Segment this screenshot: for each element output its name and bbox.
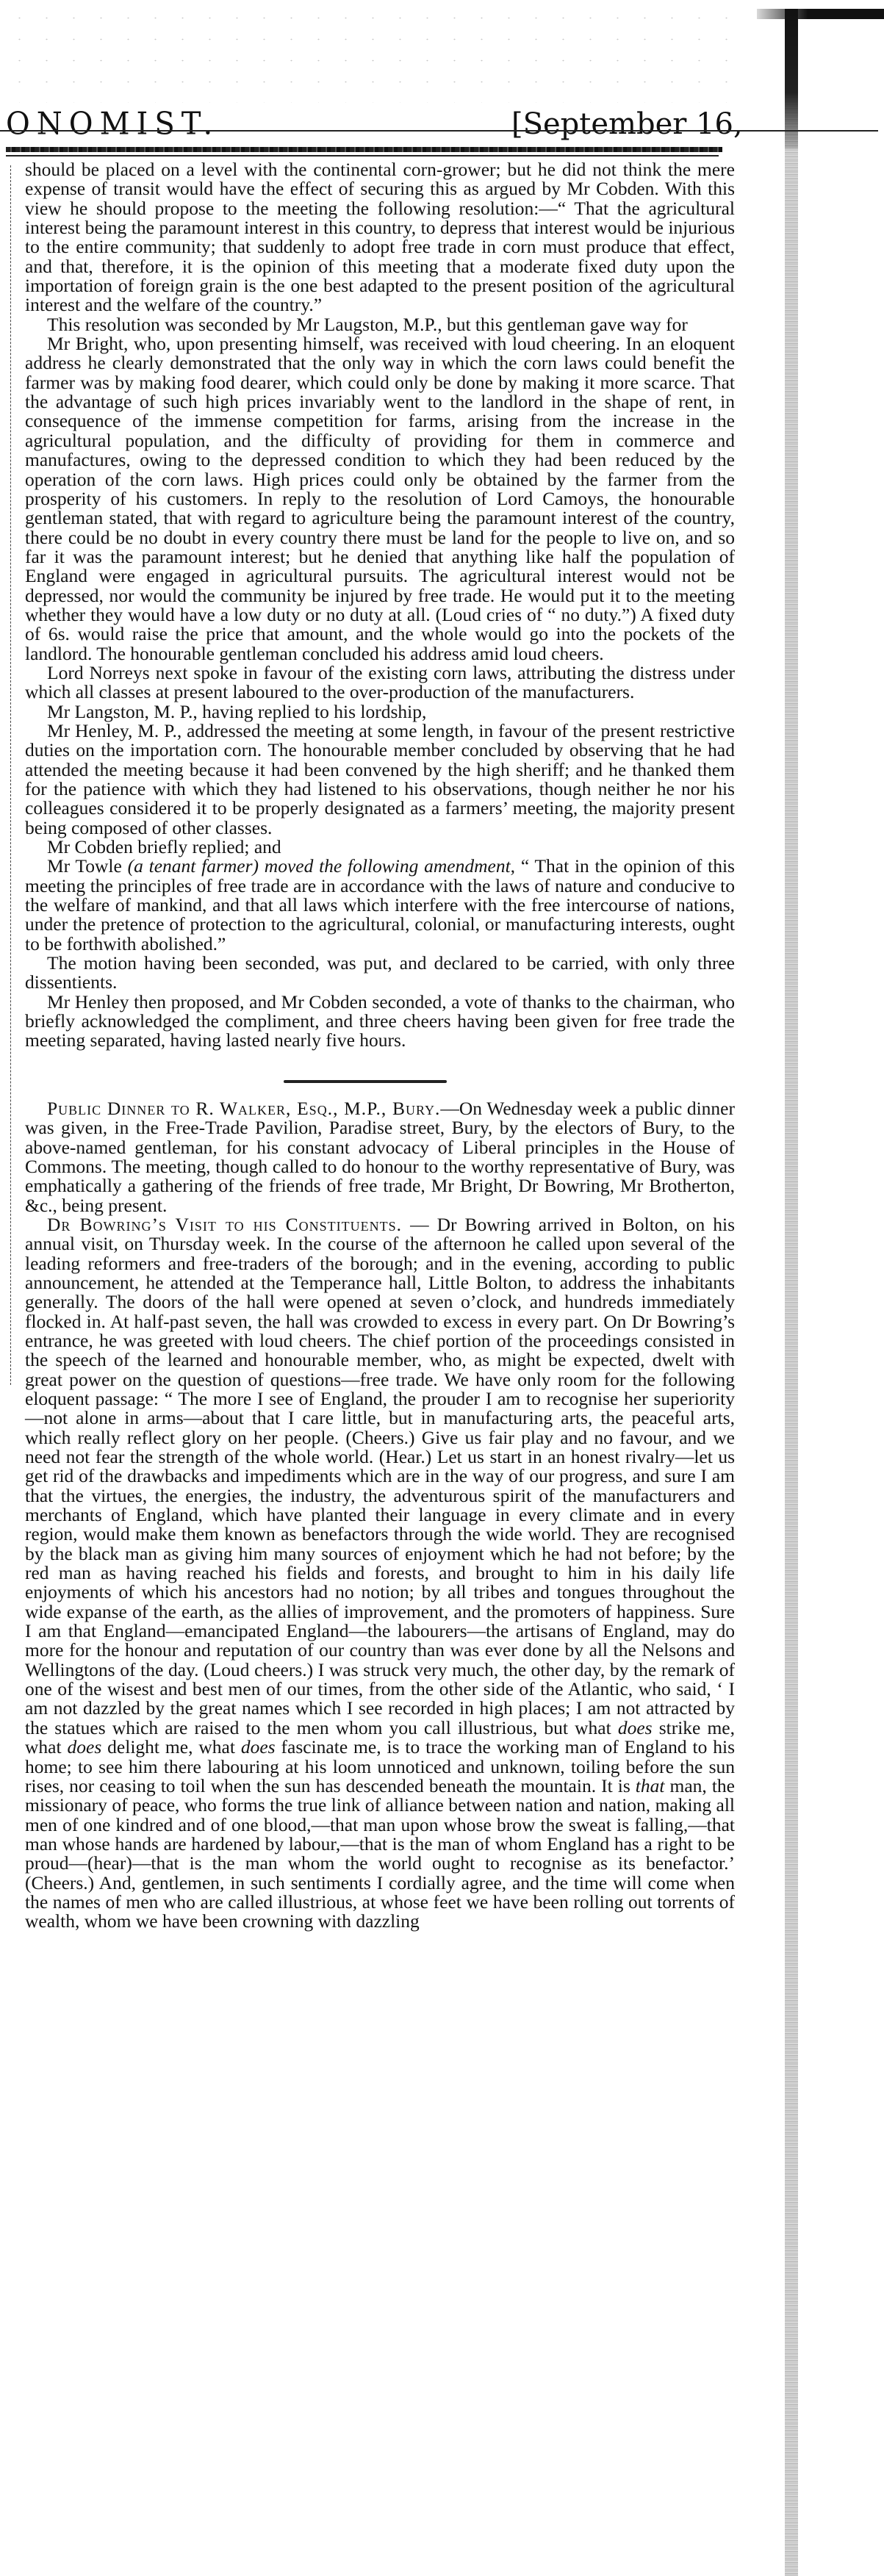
masthead-ornamental-band <box>6 147 722 152</box>
paragraph: Mr Bright, who, upon presenting himself,… <box>25 334 735 663</box>
article-heading: Dr Bowring’s Visit to his Constituents. <box>47 1214 402 1235</box>
section-divider <box>284 1080 447 1083</box>
page-fold-shadow <box>757 9 884 19</box>
article-heading: Public Dinner to R. Walker, Esq., M.P., … <box>47 1098 440 1119</box>
scan-noise <box>6 7 741 103</box>
paragraph: Mr Cobden briefly replied; and <box>25 838 735 857</box>
article-dr-bowring-visit: Dr Bowring’s Visit to his Constituents. … <box>25 1215 735 1932</box>
page-gutter-stripe <box>785 9 798 2576</box>
paragraph: should be placed on a level with the con… <box>25 160 735 315</box>
paragraph: This resolution was seconded by Mr Laugs… <box>25 315 735 334</box>
paragraph: Mr Langston, M. P., having replied to hi… <box>25 702 735 722</box>
masthead-title: ONOMIST. <box>6 107 219 142</box>
left-margin-rule <box>10 165 11 1385</box>
paragraph: Mr Henley, M. P., addressed the meeting … <box>25 722 735 838</box>
emphasis: does <box>68 1736 102 1757</box>
article-corn-law-meeting: should be placed on a level with the con… <box>25 160 735 1051</box>
amendment-italic: (a tenant farmer) moved the following am… <box>128 855 515 877</box>
article-column: should be placed on a level with the con… <box>25 160 735 1932</box>
emphasis: that <box>636 1775 665 1796</box>
masthead-date: [September 16, <box>511 107 743 141</box>
emphasis: does <box>618 1717 653 1738</box>
paragraph: Mr Henley then proposed, and Mr Cobden s… <box>25 993 735 1051</box>
masthead: ONOMIST. [September 16, <box>6 103 873 140</box>
amendment-lead: Mr Towle <box>47 855 128 877</box>
paragraph: Dr Bowring’s Visit to his Constituents. … <box>25 1215 735 1932</box>
masthead-band-rule <box>6 155 719 156</box>
emphasis: does <box>241 1736 276 1757</box>
article-public-dinner: Public Dinner to R. Walker, Esq., M.P., … <box>25 1099 735 1215</box>
newspaper-page: ONOMIST. [September 16, should be placed… <box>0 0 884 2576</box>
paragraph: Lord Norreys next spoke in favour of the… <box>25 663 735 702</box>
paragraph: The motion having been seconded, was put… <box>25 954 735 993</box>
masthead-rule <box>0 130 878 132</box>
article-body: — Dr Bowring arrived in Bolton, on his a… <box>25 1214 735 1738</box>
article-body: man, the missionary of peace, who forms … <box>25 1775 735 1932</box>
amendment-paragraph: Mr Towle (a tenant farmer) moved the fol… <box>25 857 735 954</box>
article-body: delight me, what <box>101 1736 241 1757</box>
paragraph: Public Dinner to R. Walker, Esq., M.P., … <box>25 1099 735 1215</box>
